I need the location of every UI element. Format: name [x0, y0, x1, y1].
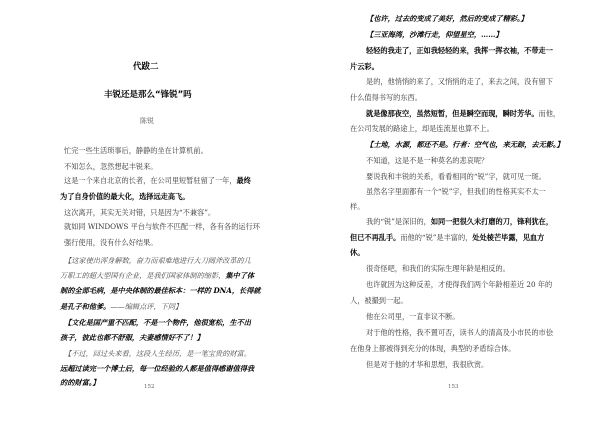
- author-name: 陈锐: [140, 116, 154, 126]
- text-run: 休。: [350, 248, 364, 257]
- text-line: 我的“锐”是深旧的，如同一把很久未打磨的刀，锋利犹在，: [366, 217, 553, 227]
- text-run: 强行使用，没有什么好结果。: [64, 238, 157, 247]
- text-run: 制的全部毛病，是中央体制的最佳标本：一样的 DNA，长得就: [60, 286, 261, 295]
- text-line: 要说我和丰锐的关系，看看相同的“锐”字，就可见一斑。: [366, 172, 546, 182]
- article-title: 丰锐还是那么“锋锐”吗: [104, 88, 192, 100]
- text-line: 虽然名字里面都有一个“锐”字，但我们的性格其实不太一: [366, 187, 546, 197]
- text-line: 对于他的性格，我不置可否，读书人的清高及小市民的市侩: [366, 328, 553, 338]
- text-run: 【也许，过去的变成了美好，然后的变成了精彩。】: [366, 14, 528, 23]
- text-run: 轻轻的我走了，正如我轻轻的来，我挥一挥衣袖，不带走一: [366, 46, 553, 55]
- text-line: 忙完一些生活琐事后，静静的坐在计算机前。: [64, 146, 208, 156]
- text-line: 人，被撮到一起。: [350, 296, 408, 306]
- text-run: 是孔子和他爹。: [60, 302, 110, 311]
- text-line: 轻轻的我走了，正如我轻轻的来，我挥一挥衣袖，不带走一: [366, 46, 553, 56]
- text-run: 【文化是国产重不匹配，不是一个物件，他很宽松，生不出: [64, 318, 251, 327]
- text-run: 【土地，水源，都还不是。行者：空气也，来无踪，去无影。】: [366, 140, 564, 149]
- text-line: 【不过，回过头来看，这段人生经历，是一笔宝贵的财富。: [64, 349, 251, 359]
- text-run: ——编辑点评，下同】: [110, 302, 182, 311]
- text-run: 也许就因为这种反差，才使得我们两个年龄相差近 20 年的: [366, 280, 552, 289]
- text-line: 的的财富。】: [60, 378, 100, 388]
- text-run: 这是一个来自北京的长者，在公司里短暂驻留了一年，: [64, 176, 237, 185]
- text-run: 处处棱芒毕露，见血方: [472, 233, 544, 242]
- text-run: 如同一把很久未打磨的刀，锋利犹在，: [431, 217, 553, 226]
- text-run: 是的，他悄悄的来了，又悄悄的走了，来去之间，没有留下: [366, 77, 553, 86]
- text-line: 这次离开，其实无关对错，只是因为“不兼容”。: [64, 208, 215, 218]
- text-line: 在公司发展的路途上，却是连流星也算不上。: [350, 124, 494, 134]
- text-run: 万职工的超大型国有企业，是我们国家体制的缩影，: [60, 271, 225, 280]
- section-heading: 代跋二: [133, 60, 159, 72]
- text-line: 在他身上都被得到充分的体现，典型的矛盾综合体。: [350, 344, 515, 354]
- text-line: 【也许，过去的变成了美好，然后的变成了精彩。】: [366, 14, 528, 24]
- text-line: 样。: [350, 202, 364, 212]
- text-line: 远超过读完一个博士后，每一位经验的人都是值得感谢值得我: [60, 364, 254, 374]
- left-page: 代跋二 丰锐还是那么“锋锐”吗 陈锐 忙完一些生活琐事后，静静的坐在计算机前。不…: [0, 0, 300, 421]
- text-line: 就如同 WINDOWS 平台与软件不匹配一样，各有各的运行环: [64, 222, 260, 232]
- text-run: 但是对于他的才华和思想，我很欣赏。: [366, 360, 488, 369]
- text-run: 虽然名字里面都有一个“锐”字，但我们的性格其实不太一: [366, 187, 546, 196]
- text-run: 就如同 WINDOWS 平台与软件不匹配一样，各有各的运行环: [64, 222, 260, 231]
- text-line: 制的全部毛病，是中央体制的最佳标本：一样的 DNA，长得就: [60, 286, 261, 296]
- text-run: 片云彩。: [350, 62, 379, 71]
- text-line: 不知怎么，忽然想起丰锐来。: [64, 162, 157, 172]
- text-run: 【三亚海湾，沙滩行走，仰望星空，……】: [366, 30, 503, 39]
- text-line: 也许就因为这种反差，才使得我们两个年龄相差近 20 年的: [366, 280, 552, 290]
- text-run: 但已不再乱手。: [350, 233, 400, 242]
- text-run: 在公司发展的路途上，却是连流星也算不上。: [350, 124, 494, 133]
- text-run: 【这家使出浑身解数，奋力而艰难地进行大刀阔斧改革的几: [64, 256, 251, 265]
- text-line: 片云彩。: [350, 62, 379, 72]
- text-run: 孩子，彼此也都不舒服，夫妻感情好不了！】: [60, 333, 204, 342]
- text-run: 我的“锐”是深旧的，: [366, 217, 431, 226]
- text-line: 但已不再乱手。而他的“锐”是丰富的，处处棱芒毕露，见血方: [350, 233, 544, 243]
- text-line: 这是一个来自北京的长者，在公司里短暂驻留了一年，最终: [64, 176, 251, 186]
- text-run: 远超过读完一个博士后，每一位经验的人都是值得感谢值得我: [60, 364, 254, 373]
- text-run: 而他，: [539, 109, 561, 118]
- text-run: 不知怎么，忽然想起丰锐来。: [64, 162, 157, 171]
- text-run: 集中了体: [225, 271, 254, 280]
- page-number-right: 153: [448, 384, 459, 390]
- text-line: 强行使用，没有什么好结果。: [64, 238, 157, 248]
- text-line: 就是像那夜空，虽然短暂，但是瞬空而现，瞬时芳华。而他，: [366, 109, 560, 119]
- text-line: 万职工的超大型国有企业，是我们国家体制的缩影，集中了体: [60, 271, 254, 281]
- text-line: 【土地，水源，都还不是。行者：空气也，来无踪，去无影。】: [366, 140, 564, 150]
- text-line: 【三亚海湾，沙滩行走，仰望星空，……】: [366, 30, 503, 40]
- text-line: 他在公司里，一直非议不断。: [366, 312, 459, 322]
- text-run: 这次离开，其实无关对错，只是因为“不兼容”。: [64, 208, 215, 217]
- text-run: 什么值得书写的东西。: [350, 93, 422, 102]
- page-number-left: 152: [144, 384, 155, 390]
- text-run: 就是像那夜空，虽然短暂，但是瞬空而现，瞬时芳华。: [366, 109, 539, 118]
- text-line: 但是对于他的才华和思想，我很欣赏。: [366, 360, 488, 370]
- text-run: 不知道，这是不是一种莫名的悲哀呢？: [366, 156, 488, 165]
- text-line: 什么值得书写的东西。: [350, 93, 422, 103]
- text-line: 孩子，彼此也都不舒服，夫妻感情好不了！】: [60, 333, 204, 343]
- text-run: 忙完一些生活琐事后，静静的坐在计算机前。: [64, 146, 208, 155]
- text-line: 很奇怪吧，和我们的实际生理年龄是相反的。: [366, 264, 510, 274]
- text-run: 对于他的性格，我不置可否，读书人的清高及小市民的市侩: [366, 328, 553, 337]
- text-run: 很奇怪吧，和我们的实际生理年龄是相反的。: [366, 264, 510, 273]
- text-line: 【这家使出浑身解数，奋力而艰难地进行大刀阔斧改革的几: [64, 256, 251, 266]
- text-line: 是的，他悄悄的来了，又悄悄的走了，来去之间，没有留下: [366, 77, 553, 87]
- text-line: 【文化是国产重不匹配，不是一个物件，他很宽松，生不出: [64, 318, 251, 328]
- text-run: 为了自身价值的最大化，选择远走高飞。: [60, 192, 189, 201]
- text-run: 人，被撮到一起。: [350, 296, 408, 305]
- text-run: 要说我和丰锐的关系，看看相同的“锐”字，就可见一斑。: [366, 172, 546, 181]
- text-line: 休。: [350, 248, 364, 258]
- text-run: 最终: [237, 176, 251, 185]
- right-page: 【也许，过去的变成了美好，然后的变成了精彩。】【三亚海湾，沙滩行走，仰望星空，……: [300, 0, 600, 421]
- text-run: 的的财富。】: [60, 378, 100, 387]
- text-run: 在他身上都被得到充分的体现，典型的矛盾综合体。: [350, 344, 515, 353]
- text-line: 不知道，这是不是一种莫名的悲哀呢？: [366, 156, 488, 166]
- text-run: 【不过，回过头来看，这段人生经历，是一笔宝贵的财富。: [64, 349, 251, 358]
- text-line: 是孔子和他爹。——编辑点评，下同】: [60, 302, 182, 312]
- text-run: 而他的“锐”是丰富的，: [400, 233, 472, 242]
- text-run: 他在公司里，一直非议不断。: [366, 312, 459, 321]
- text-run: 样。: [350, 202, 364, 211]
- text-line: 为了自身价值的最大化，选择远走高飞。: [60, 192, 189, 202]
